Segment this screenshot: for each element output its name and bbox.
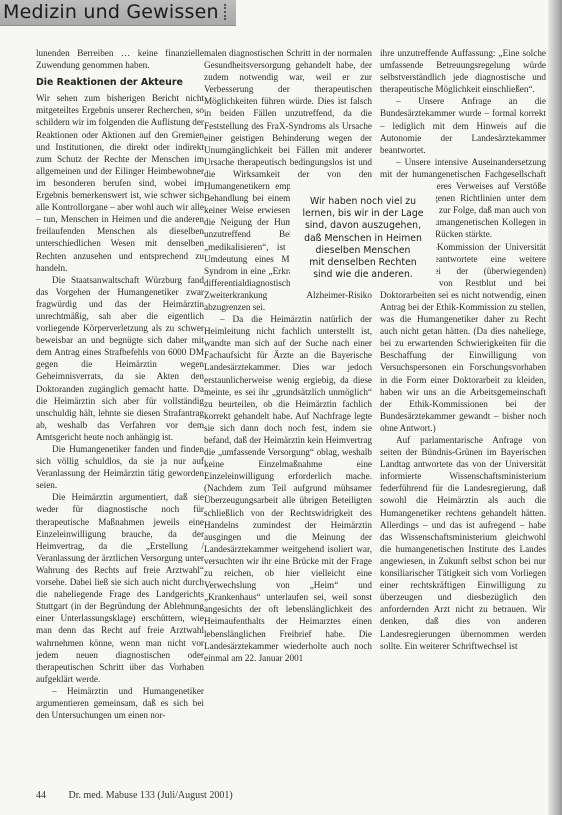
pull-quote: Wir haben noch viel zu lernen, bis wir i…: [290, 180, 436, 290]
paragraph: Die Humangenetiker fanden und finden sic…: [36, 443, 204, 491]
paragraph: – Unsere Anfrage an die Bundesärztekamme…: [380, 95, 546, 155]
paragraph: lunenden Berreiben … keine finanzielle Z…: [36, 47, 204, 71]
page-edge-shadow: [548, 0, 562, 815]
page-footer: 44 Dr. med. Mabuse 133 (Juli/August 2001…: [36, 790, 233, 801]
pull-quote-line: daß Menschen in Heimen: [290, 233, 436, 245]
section-header-bar: Medizin und Gewissen: [0, 0, 236, 26]
pull-quote-line: sind, davon auszugehen,: [290, 220, 436, 232]
paragraph: Wir sehen zum bisherigen Bericht nicht m…: [36, 92, 204, 273]
section-title: Medizin und Gewissen: [3, 1, 219, 23]
text-column-3: ihre unzutreffende Auffassung: „Eine sol…: [380, 47, 546, 652]
pull-quote-line: Wir haben noch viel zu: [290, 196, 436, 208]
paragraph: – Heimärztin und Humangenetiker argument…: [36, 685, 204, 721]
section-heading: Die Reaktionen der Akteure: [36, 77, 204, 89]
pull-quote-line: lernen, bis wir in der Lage: [290, 208, 436, 220]
header-decoration: [224, 4, 234, 20]
page-number: 44: [36, 790, 46, 801]
paragraph: – Da die Heimärztin natürlich der Heimle…: [204, 313, 372, 664]
paragraph: Die Staatsanwaltschaft Würzburg fand das…: [36, 274, 204, 443]
paragraph: ihre unzutreffende Auffassung: „Eine sol…: [380, 47, 546, 95]
text-column-1: lunenden Berreiben … keine finanzielle Z…: [36, 47, 204, 721]
text-column-2: malen diagnostischen Schritt in der norm…: [204, 47, 372, 664]
pull-quote-line: dieselben Menschen: [290, 245, 436, 257]
paragraph: Die Heimärztin argumentiert, daß sie wed…: [36, 491, 204, 685]
paragraph: Auf parlamentarische Anfrage von seiten …: [380, 434, 546, 652]
journal-citation: Dr. med. Mabuse 133 (Juli/August 2001): [69, 790, 233, 801]
pull-quote-line: sind wie die anderen.: [290, 269, 436, 281]
pull-quote-line: mit denselben Rechten: [290, 257, 436, 269]
